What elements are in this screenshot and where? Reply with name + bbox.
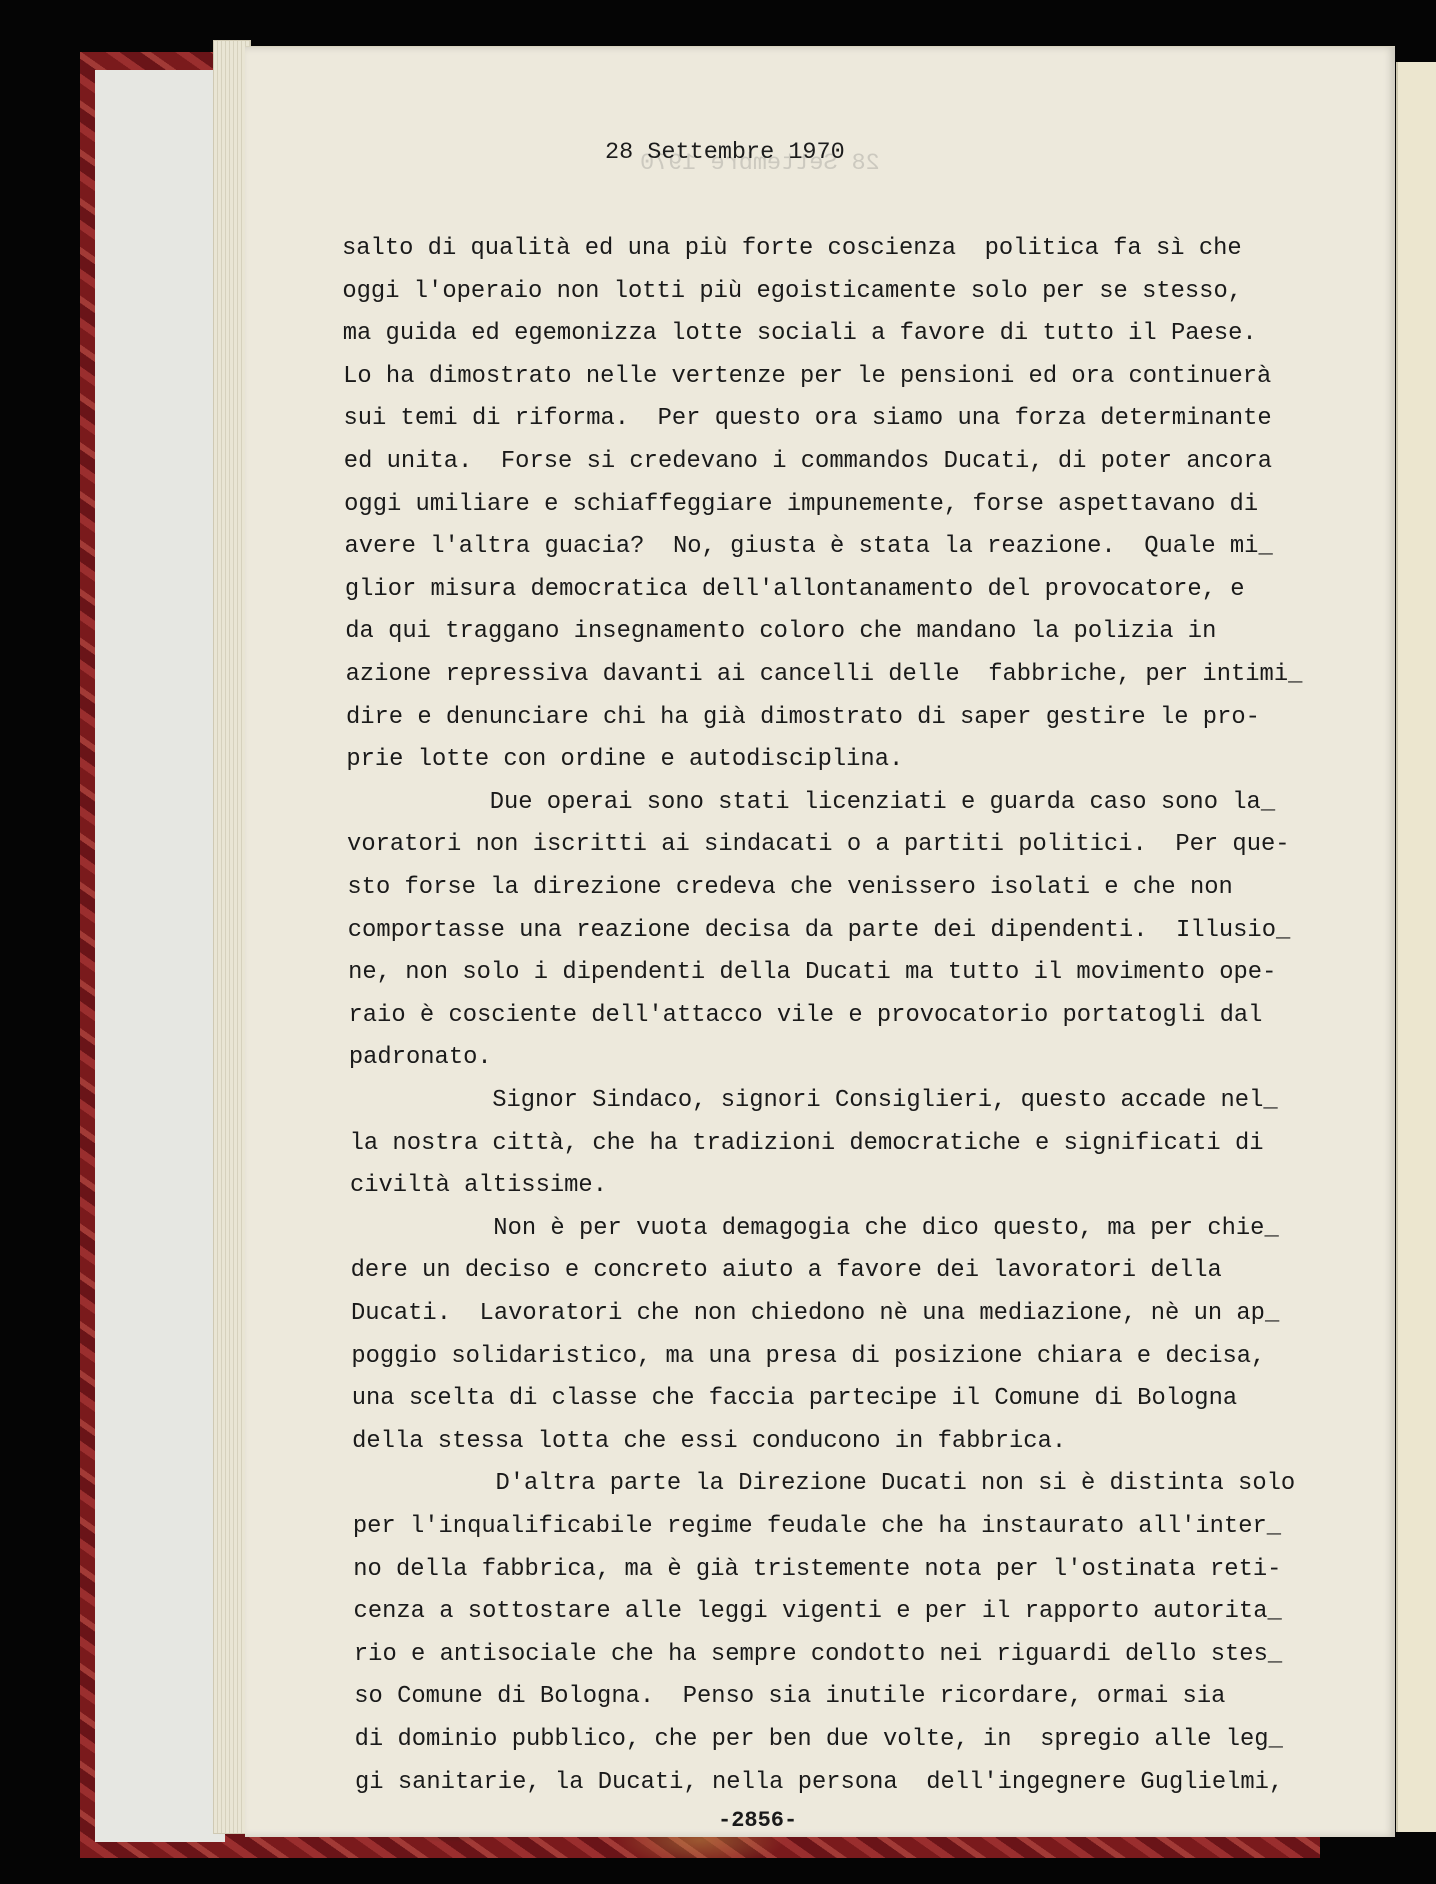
next-page-edge: [1396, 62, 1436, 1832]
text-line: oggi umiliare e schiaffeggiare impunemen…: [344, 491, 1258, 519]
text-line: sto forse la direzione credeva che venis…: [347, 874, 1232, 902]
text-line: oggi l'operaio non lotti più egoisticame…: [342, 278, 1242, 306]
text-line: voratori non iscritti ai sindacati o a p…: [347, 831, 1290, 859]
text-line: dire e denunciare chi ha già dimostrato …: [346, 704, 1260, 732]
text-line: avere l'altra guacia? No, giusta è stata…: [345, 533, 1273, 561]
text-line: comportasse una reazione decisa da parte…: [348, 917, 1291, 945]
text-line: civiltà altissime.: [350, 1172, 607, 1200]
page-header-date: 28 Settembre 1970: [605, 139, 845, 166]
text-line: glior misura democratica dell'allontanam…: [345, 576, 1245, 604]
text-line: dere un deciso e concreto aiuto a favore…: [351, 1257, 1222, 1285]
text-line: di dominio pubblico, che per ben due vol…: [355, 1726, 1283, 1754]
text-line: no della fabbrica, ma è già tristemente …: [353, 1556, 1281, 1584]
text-line: da qui traggano insegnamento coloro che …: [345, 618, 1216, 646]
text-line: so Comune di Bologna. Penso sia inutile …: [354, 1683, 1225, 1711]
text-line: ne, non solo i dipendenti della Ducati m…: [348, 959, 1276, 987]
text-line: poggio solidaristico, ma una presa di po…: [351, 1343, 1265, 1371]
text-line: prie lotte con ordine e autodisciplina.: [346, 746, 903, 774]
text-line: cenza a sottostare alle leggi vigenti e …: [354, 1598, 1282, 1626]
text-line: Lo ha dimostrato nelle vertenze per le p…: [343, 363, 1271, 391]
text-line: raio è cosciente dell'attacco vile e pro…: [349, 1002, 1263, 1030]
text-line: rio e antisociale che ha sempre condotto…: [354, 1641, 1282, 1669]
text-line: ed unita. Forse si credevano i commandos…: [344, 448, 1272, 476]
text-line: padronato.: [349, 1044, 492, 1072]
text-line: Due operai sono stati licenziati e guard…: [490, 789, 1275, 817]
text-line: per l'inqualificabile regime feudale che…: [353, 1513, 1281, 1541]
text-line: gi sanitarie, la Ducati, nella persona d…: [355, 1769, 1283, 1797]
text-line: D'altra parte la Direzione Ducati non si…: [495, 1470, 1295, 1498]
flyleaf: [95, 70, 225, 1842]
text-line: della stessa lotta che essi conducono in…: [352, 1428, 1066, 1456]
text-line: ma guida ed egemonizza lotte sociali a f…: [343, 320, 1257, 348]
text-line: la nostra città, che ha tradizioni democ…: [350, 1130, 1264, 1158]
page-number: -2856-: [718, 1808, 797, 1833]
text-line: salto di qualità ed una più forte coscie…: [342, 235, 1242, 263]
text-line: Ducati. Lavoratori che non chiedono nè u…: [351, 1300, 1279, 1328]
text-line: una scelta di classe che faccia partecip…: [352, 1385, 1237, 1413]
text-line: sui temi di riforma. Per questo ora siam…: [343, 405, 1271, 433]
text-line: Signor Sindaco, signori Consiglieri, que…: [492, 1087, 1277, 1115]
text-line: Non è per vuota demagogia che dico quest…: [493, 1215, 1278, 1243]
text-line: azione repressiva davanti ai cancelli de…: [346, 661, 1303, 689]
